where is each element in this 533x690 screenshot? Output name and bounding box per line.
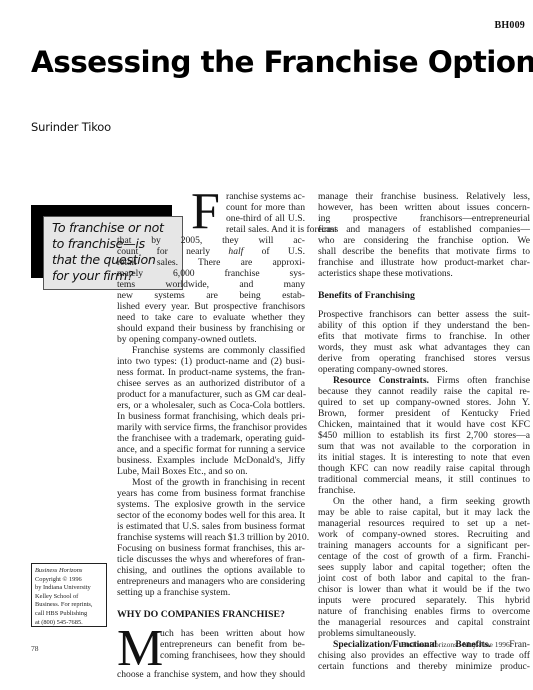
paragraph-managerial-resources: On the other hand, a firm seeking growth… <box>318 496 530 639</box>
paragraph-resource-constraints: Resource Constraints. Firms often franch… <box>318 375 530 496</box>
article-column-right: manage their franchise business. Relativ… <box>318 191 530 672</box>
intro-paragraph: F ranchise systems ac- count for more th… <box>117 191 305 345</box>
section-heading-why-franchise: WHY DO COMPANIES FRANCHISE? <box>117 609 305 620</box>
footer-journal-issue: Business Horizons / May-June 1996 <box>401 640 510 649</box>
paragraph-continued: manage their franchise business. Relativ… <box>318 191 530 279</box>
page-number: 78 <box>31 644 39 653</box>
article-column-middle: F ranchise systems ac- count for more th… <box>117 191 305 680</box>
drop-cap-f: F <box>117 192 221 232</box>
paragraph-benefits: Prospective franchisors can better asses… <box>318 309 530 375</box>
run-in-head-resource-constraints: Resource Constraints. <box>333 375 429 386</box>
article-title: Assessing the Franchise Option <box>31 45 533 79</box>
author-name: Surinder Tikoo <box>31 120 111 134</box>
subheading-benefits: Benefits of Franchising <box>318 290 530 301</box>
paragraph-why-franchise: M uch has been written about how entrepr… <box>117 628 305 680</box>
drop-cap-m: M <box>117 629 155 669</box>
copyright-notice: Business Horizons Copyright © 1996 by In… <box>31 563 107 627</box>
paragraph-growth: Most of the growth in franchising in rec… <box>117 477 305 598</box>
document-id: BH009 <box>495 20 525 31</box>
paragraph-franchise-types: Franchise systems are commonly classifie… <box>117 345 305 477</box>
copyright-journal-name: Business Horizons <box>35 567 103 576</box>
